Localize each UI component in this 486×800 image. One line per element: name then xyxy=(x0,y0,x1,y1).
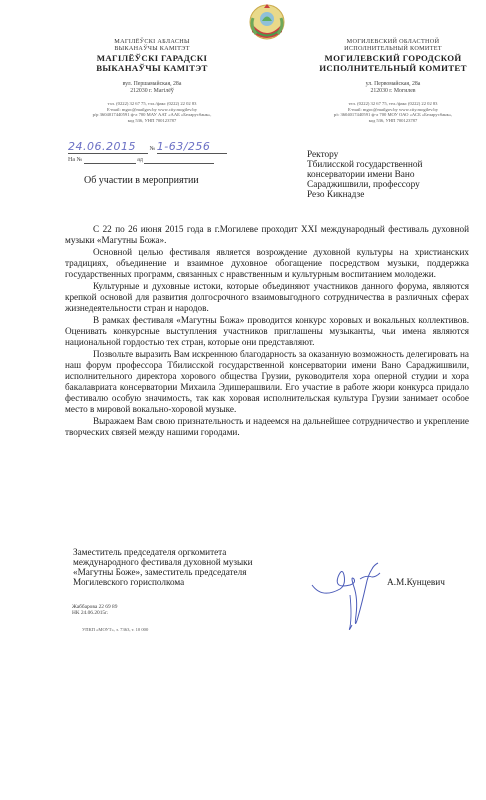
addressee-line: Резо Кикнадзе xyxy=(307,190,423,200)
registration-date-field: 24.06.2015 xyxy=(68,140,148,154)
signer-title-line: международного фестиваля духовной музыки xyxy=(73,557,253,567)
printer-note: УПКП «МОУТ», з. 7363, т. 10 000 xyxy=(82,627,148,632)
body-paragraph: Основной целью фестиваля является возрож… xyxy=(65,247,469,280)
reply-reference-line: На № ад xyxy=(68,157,214,164)
registration-date: 24.06.2015 xyxy=(68,140,136,153)
letterhead-right: МОГИЛЕВСКИЙ ОБЛАСТНОЙ ИСПОЛНИТЕЛЬНЫЙ КОМ… xyxy=(300,38,486,123)
org-name-line: ИСПОЛНИТЕЛЬНЫЙ КОМИТЕТ xyxy=(300,63,486,73)
letterhead-left: МАГІЛЁЎСКІ АБЛАСНЫ ВЫКАНАЎЧЫ КАМІТЭТ МАГ… xyxy=(62,38,242,123)
registration-number: 1-63/256 xyxy=(157,140,211,153)
handwritten-signature xyxy=(310,555,390,635)
address-line: ул. Первомайская, 28а xyxy=(300,81,486,88)
letter-subject: Об участии в мероприятии xyxy=(84,175,199,186)
org-name-line: МАГІЛЁЎСКІ ГАРАДСКІ xyxy=(62,53,242,63)
addressee-block: Ректору Тбилисской государственной консе… xyxy=(307,150,423,200)
address-line: вул. Першамайская, 28а xyxy=(62,81,242,88)
addressee-line: Сараджишвили, профессору xyxy=(307,180,423,190)
body-paragraph: Выражаем Вам свою признательность и наде… xyxy=(65,416,469,438)
signer-name: А.М.Кунцевич xyxy=(387,578,445,588)
signer-title-line: Заместитель председателя оргкомитета xyxy=(73,547,253,557)
contact-line: код 536, УНП 700123787 xyxy=(62,118,242,124)
reply-number-label: На № xyxy=(68,157,82,163)
registration-line: 24.06.2015 № 1-63/256 xyxy=(68,140,268,154)
executor-line: НК 24.06.2015г. xyxy=(72,610,117,616)
coat-of-arms-emblem xyxy=(248,2,286,42)
signer-title-line: «Магутны Боже», заместитель председателя xyxy=(73,567,253,577)
addressee-line: Ректору xyxy=(307,150,423,160)
body-paragraph: Позвольте выразить Вам искреннюю благода… xyxy=(65,349,469,414)
reply-date-blank xyxy=(144,157,214,164)
body-paragraph: Культурные и духовные истоки, которые об… xyxy=(65,281,469,314)
parent-org-line: ИСПОЛНИТЕЛЬНЫЙ КОМИТЕТ xyxy=(300,45,486,52)
address-line: 212030 г. Магілёў xyxy=(62,88,242,95)
addressee-line: консерватории имени Вано xyxy=(307,170,423,180)
reply-from-label: ад xyxy=(137,157,143,163)
parent-org-line: ВЫКАНАЎЧЫ КАМІТЭТ xyxy=(62,45,242,52)
org-name-line: ВЫКАНАЎЧЫ КАМІТЭТ xyxy=(62,63,242,73)
signer-title-block: Заместитель председателя оргкомитета меж… xyxy=(73,547,253,587)
registration-number-field: 1-63/256 xyxy=(157,140,227,154)
parent-org-line: МАГІЛЁЎСКІ АБЛАСНЫ xyxy=(62,38,242,45)
org-name-line: МОГИЛЕВСКИЙ ГОРОДСКОЙ xyxy=(300,53,486,63)
body-paragraph: В рамках фестиваля «Магутны Божа» провод… xyxy=(65,315,469,348)
executor-block: Жаббарова 22 69 89 НК 24.06.2015г. xyxy=(72,604,117,617)
letter-body: С 22 по 26 июня 2015 года в г.Могилеве п… xyxy=(65,224,469,439)
contact-line: код 536, УНП 700123787 xyxy=(300,118,486,124)
address-line: 212030 г. Могилев xyxy=(300,88,486,95)
parent-org-line: МОГИЛЕВСКИЙ ОБЛАСТНОЙ xyxy=(300,38,486,45)
addressee-line: Тбилисской государственной xyxy=(307,160,423,170)
number-label: № xyxy=(150,146,156,152)
body-paragraph: С 22 по 26 июня 2015 года в г.Могилеве п… xyxy=(65,224,469,246)
signer-title-line: Могилевского горисполкома xyxy=(73,577,253,587)
reply-number-blank xyxy=(84,157,136,164)
